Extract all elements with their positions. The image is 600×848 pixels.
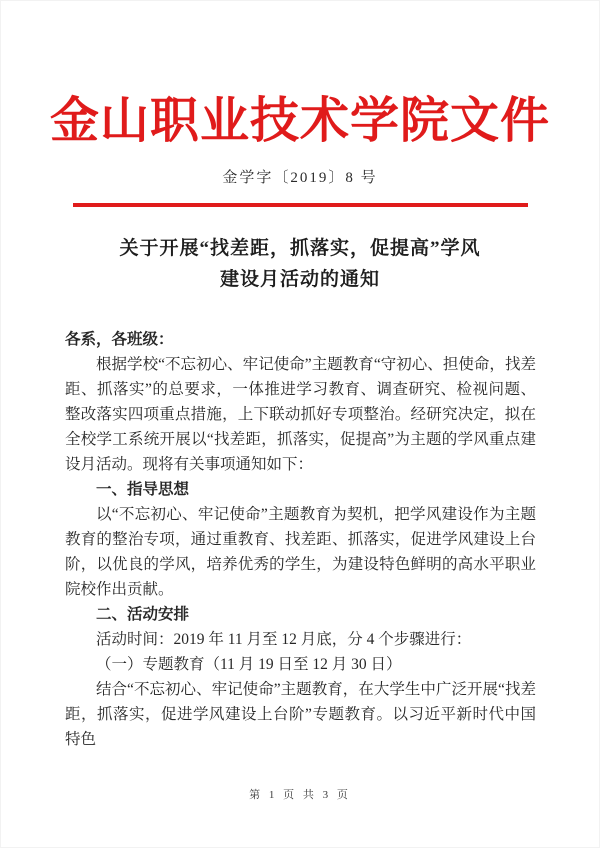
body-paragraph-guiding-ideology: 以“不忘初心、牢记使命”主题教育为契机，把学风建设作为主题教育的整治专项，通过重… bbox=[65, 502, 536, 602]
document-page: 金山职业技术学院文件 金学字〔2019〕8 号 关于开展“找差距，抓落实，促提高… bbox=[0, 0, 600, 848]
page-number: 第 1 页 共 3 页 bbox=[0, 786, 600, 802]
body-paragraph-activity-time: 活动时间：2019 年 11 月至 12 月底，分 4 个步骤进行： bbox=[65, 627, 536, 652]
document-title-line1: 关于开展“找差距，抓落实，促提高”学风 bbox=[0, 233, 600, 264]
body-paragraph-intro: 根据学校“不忘初心、牢记使命”主题教育“守初心、担使命，找差距、抓落实”的总要求… bbox=[65, 352, 536, 477]
body-paragraph-step-one-content: 结合“不忘初心、牢记使命”主题教育，在大学生中广泛开展“找差距，抓落实，促进学风… bbox=[65, 677, 536, 752]
document-header-title: 金山职业技术学院文件 bbox=[0, 0, 600, 150]
section-heading-guiding-ideology: 一、指导思想 bbox=[65, 477, 536, 502]
document-title-line2: 建设月活动的通知 bbox=[0, 264, 600, 295]
section-heading-activity-arrangement: 二、活动安排 bbox=[65, 602, 536, 627]
document-number: 金学字〔2019〕8 号 bbox=[0, 166, 600, 187]
document-title: 关于开展“找差距，抓落实，促提高”学风 建设月活动的通知 bbox=[0, 233, 600, 295]
document-body: 各系，各班级： 根据学校“不忘初心、牢记使命”主题教育“守初心、担使命，找差距、… bbox=[65, 327, 536, 752]
body-paragraph-step-one-title: （一）专题教育（11 月 19 日至 12 月 30 日） bbox=[65, 652, 536, 677]
salutation: 各系，各班级： bbox=[65, 327, 536, 352]
red-separator-line bbox=[73, 203, 528, 207]
